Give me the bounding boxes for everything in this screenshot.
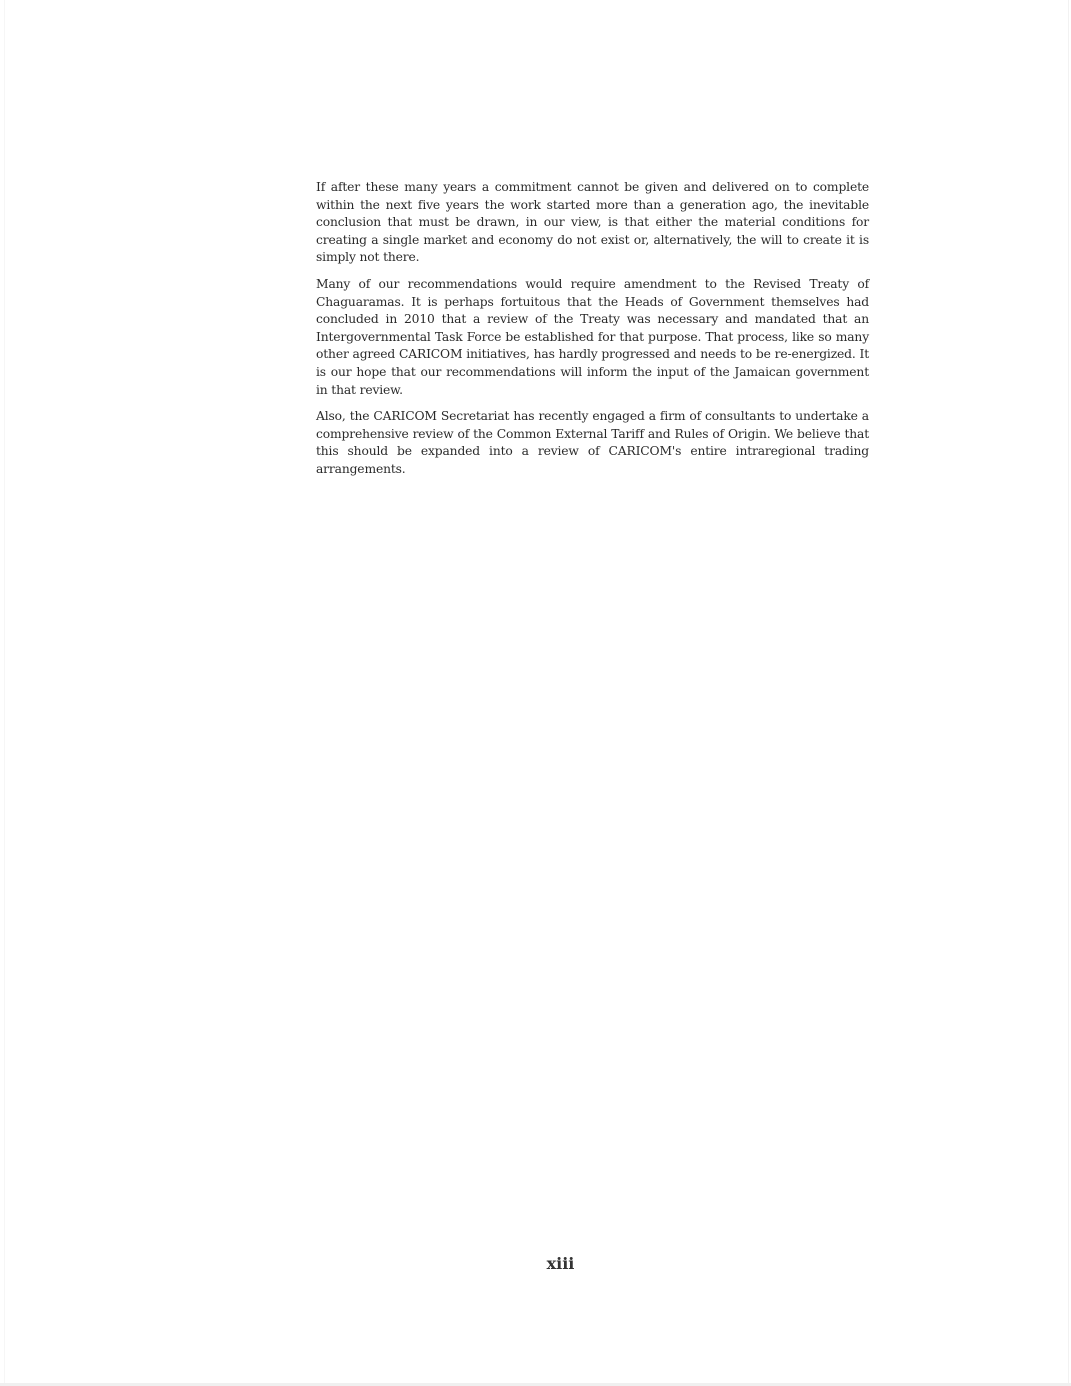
paragraph-secretariat-review: Also, the CARICOM Secretariat has recent… — [316, 408, 869, 478]
paragraph-commitment-conclusion: If after these many years a commitment c… — [316, 179, 869, 267]
page-number: xiii — [0, 1254, 1071, 1273]
body-text: If after these many years a commitment c… — [316, 179, 869, 488]
paragraph-treaty-review: Many of our recommendations would requir… — [316, 276, 869, 399]
scan-edge-right — [1068, 0, 1069, 1386]
scan-edge-left — [4, 0, 5, 1386]
document-page: If after these many years a commitment c… — [0, 0, 1071, 1386]
